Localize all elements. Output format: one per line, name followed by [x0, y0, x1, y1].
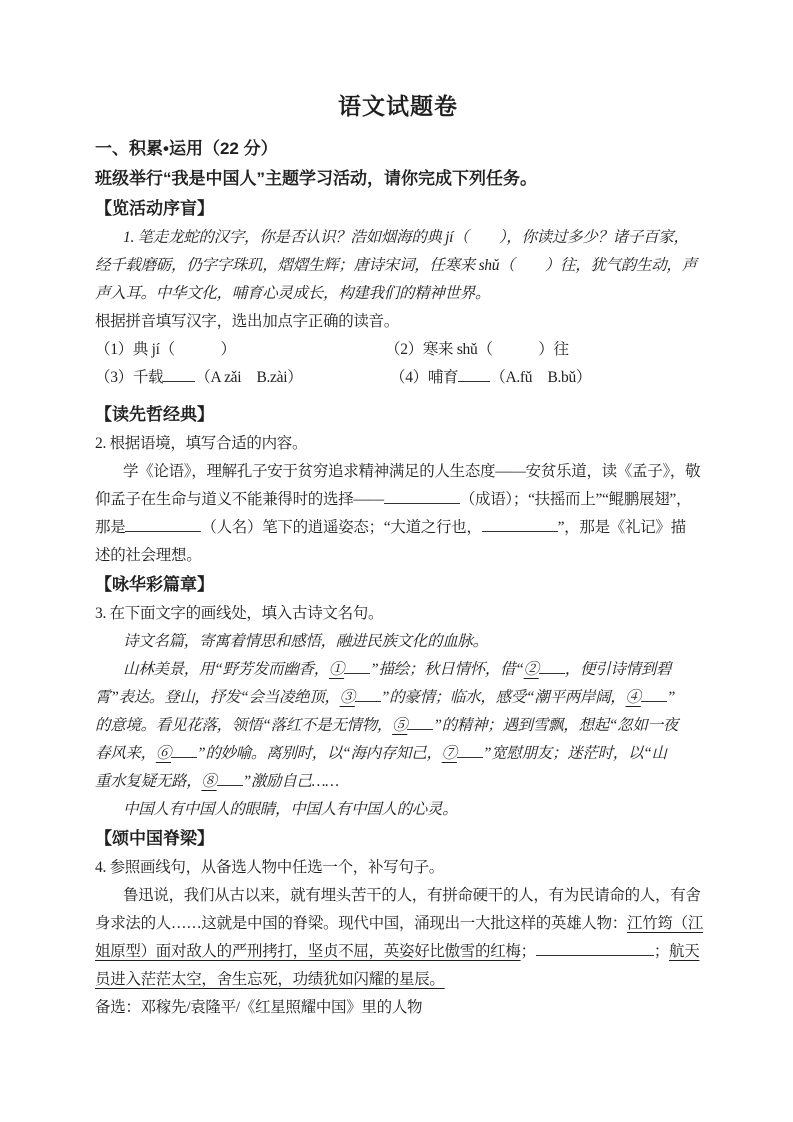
text-run: ”描绘；秋日情怀，借“: [370, 661, 523, 678]
text-run: 山林美景，用“野芳发而幽香，: [123, 661, 329, 678]
text-run: 备选：邓稼先/袁隆平/《红星照耀中国》里的人物: [95, 999, 422, 1016]
text-run: （3）千载: [95, 369, 163, 386]
text-run: 诗文名篇，寄寓着情思和感悟，融进民族文化的血脉。: [123, 633, 488, 650]
underlined-text: ⑦: [442, 745, 457, 762]
text-run: （4）哺育: [390, 369, 458, 386]
text-run: 【读先哲经典】: [95, 405, 214, 424]
bracket-header-classics: 【读先哲经典】: [95, 400, 701, 430]
underlined-text: ⑤: [392, 717, 407, 734]
text-run: ”，那是《礼记》描: [558, 519, 686, 536]
text-run: 仰孟子在生命与道义不能兼得时的选择——: [95, 491, 384, 508]
document-body: 语文试题卷一、积累•运用（22 分）班级举行“我是中国人”主题学习活动，请你完成…: [95, 88, 701, 1022]
section-1-heading: 一、积累•运用（22 分）: [95, 134, 701, 164]
exam-title: 语文试题卷: [95, 88, 701, 124]
blank-underline: [163, 366, 195, 382]
q2-prompt: 2. 根据语境，填写合适的内容。: [95, 430, 701, 458]
underlined-text: 姐原型）面对敌人的严刑拷打，坚贞不屈，英姿好比傲雪的红梅: [95, 943, 521, 960]
q3-body-line-6: 重水复疑无路，⑧”激励自己……: [95, 768, 701, 796]
q4-body-line-2: 身求法的人……这就是中国的脊梁。现代中国，涌现出一大批这样的英雄人物：江竹筠（江: [95, 910, 701, 938]
underlined-text: ④: [626, 689, 641, 706]
underlined-text: 江竹筠（江: [627, 915, 703, 932]
text-run: ”宽慰朋友；迷茫时，以“山: [483, 745, 667, 762]
text-run: 经千载磨砺，仍字字珠玑，熠熠生辉；唐诗宋词，任寒来 shǔ（ ）往，犹气韵生动，…: [95, 257, 697, 274]
blank-underline: [355, 686, 381, 702]
underlined-text: 员进入茫茫太空，舍生忘死，功绩犹如闪耀的星辰。: [95, 971, 445, 988]
underlined-text: ②: [524, 661, 539, 678]
text-run: 学《论语》，理解孔子安于贫穷追求精神满足的人生态度——安贫乐道，读《孟子》，敬: [123, 463, 700, 480]
text-run: 【咏华彩篇章】: [95, 575, 214, 594]
blank-underline: [458, 366, 490, 382]
q2-body-line-1: 学《论语》，理解孔子安于贫穷追求精神满足的人生态度——安贫乐道，读《孟子》，敬: [95, 458, 701, 486]
q3-body-line-7: 中国人有中国人的眼睛，中国人有中国人的心灵。: [95, 796, 701, 824]
text-run: 根据拼音填写汉字，选出加点字正确的读音。: [95, 313, 399, 330]
text-run: 班级举行“我是中国人”主题学习活动，请你完成下列任务。: [95, 169, 537, 188]
text-run: （A.fǔ B.bǔ）: [490, 369, 591, 386]
underlined-text: 航天: [669, 943, 699, 960]
text-run: 中国人有中国人的眼睛，中国人有中国人的心灵。: [123, 801, 457, 818]
text-run: ，便引诗情到碧: [565, 661, 671, 678]
blank-underline: [171, 742, 197, 758]
q1-stem-line-1: 1. 笔走龙蛇的汉字，你是否认识？浩如烟海的典 jí（ ），你读过多少？诸子百家…: [95, 224, 701, 252]
text-run: 语文试题卷: [338, 93, 458, 119]
text-run: 春风来，: [95, 745, 156, 762]
text-run: 那是: [95, 519, 125, 536]
q1-items-row-1: （1）典 jí（ ）（2）寒来 shǔ（ ）往: [95, 336, 701, 364]
bracket-header-preface: 【览活动序盲】: [95, 194, 701, 224]
q2-body-line-4: 述的社会理想。: [95, 542, 701, 570]
q1-stem-line-3: 声入耳。中华文化，哺育心灵成长，构建我们的精神世界。: [95, 280, 701, 308]
text-run: （成语）；“扶摇而上”“鲲鹏展翅”，: [460, 491, 691, 508]
q4-body-line-3: 姐原型）面对敌人的严刑拷打，坚贞不屈，英姿好比傲雪的红梅；；航天: [95, 938, 701, 966]
text-run: ；: [521, 943, 536, 960]
q1-instruction: 根据拼音填写汉字，选出加点字正确的读音。: [95, 308, 701, 336]
text-run: 3. 在下面文字的画线处，填入古诗文名句。: [95, 605, 383, 622]
text-run: 4. 参照画线句，从备选人物中任选一个，补写句子。: [95, 859, 444, 876]
bracket-header-verses: 【咏华彩篇章】: [95, 570, 701, 600]
text-run: ”: [667, 689, 675, 706]
text-run: 霄”表达。登山，抒发“会当凌绝顶，: [95, 689, 340, 706]
q3-body-line-1: 诗文名篇，寄寓着情思和感悟，融进民族文化的血脉。: [95, 628, 701, 656]
exam-page: 语文试题卷一、积累•运用（22 分）班级举行“我是中国人”主题学习活动，请你完成…: [0, 0, 793, 1122]
underlined-text: ①: [329, 661, 344, 678]
text-run: 重水复疑无路，: [95, 773, 201, 790]
q2-body-line-3: 那是（人名）笔下的逍遥姿态；“大道之行也，”，那是《礼记》描: [95, 514, 701, 542]
text-run: 【颂中国脊梁】: [95, 829, 214, 848]
blank-underline: [536, 940, 654, 956]
text-run: 声入耳。中华文化，哺育心灵成长，构建我们的精神世界。: [95, 285, 490, 302]
q3-body-line-5: 春风来，⑥”的妙喻。离别时，以“海内存知己，⑦”宽慰朋友；迷茫时，以“山: [95, 740, 701, 768]
text-run: 【览活动序盲】: [95, 199, 214, 218]
text-run: 身求法的人……这就是中国的脊梁。现代中国，涌现出一大批这样的英雄人物：: [95, 915, 627, 932]
q3-body-line-2: 山林美景，用“野芳发而幽香，①”描绘；秋日情怀，借“②，便引诗情到碧: [95, 656, 701, 684]
underlined-text: ⑧: [201, 773, 216, 790]
text-run: 2. 根据语境，填写合适的内容。: [95, 435, 307, 452]
q1-items-row-1-col-1: （1）典 jí（ ）: [95, 336, 385, 364]
q1-items-row-1-col-2: （2）寒来 shǔ（ ）往: [385, 336, 569, 364]
q1-items-row-2-col-1: （3）千载（A zǎi B.zài）: [95, 364, 390, 392]
text-run: （人名）笔下的逍遥姿态；“大道之行也，: [201, 519, 481, 536]
blank-underline: [384, 488, 460, 504]
q4-prompt: 4. 参照画线句，从备选人物中任选一个，补写句子。: [95, 854, 701, 882]
text-run: ”的豪情；临水，感受“潮平两岸阔，: [381, 689, 626, 706]
q3-prompt: 3. 在下面文字的画线处，填入古诗文名句。: [95, 600, 701, 628]
bracket-header-backbone: 【颂中国脊梁】: [95, 824, 701, 854]
q4-body-line-1: 鲁迅说，我们从古以来，就有埋头苦干的人，有拼命硬干的人，有为民请命的人，有舍: [95, 882, 701, 910]
q4-body-line-4: 员进入茫茫太空，舍生忘死，功绩犹如闪耀的星辰。: [95, 966, 701, 994]
text-run: （2）寒来 shǔ（ ）往: [385, 341, 569, 358]
text-run: 1. 笔走龙蛇的汉字，你是否认识？浩如烟海的典 jí（ ），你读过多少？诸子百家…: [123, 229, 689, 246]
text-run: 述的社会理想。: [95, 547, 201, 564]
q3-body-line-4: 的意境。看见花落，领悟“落红不是无情物，⑤”的精神；遇到雪飘，想起“忽如一夜: [95, 712, 701, 740]
text-run: （A zǎi B.zài）: [195, 369, 302, 386]
text-run: 一、积累•运用（22 分）: [95, 139, 278, 158]
text-run: ”的精神；遇到雪飘，想起“忽如一夜: [433, 717, 678, 734]
blank-underline: [641, 686, 667, 702]
blank-underline: [482, 516, 558, 532]
q3-body-line-3: 霄”表达。登山，抒发“会当凌绝顶，③”的豪情；临水，感受“潮平两岸阔，④”: [95, 684, 701, 712]
text-run: （1）典 jí（ ）: [95, 341, 236, 358]
q2-body-line-2: 仰孟子在生命与道义不能兼得时的选择——（成语）；“扶摇而上”“鲲鹏展翅”，: [95, 486, 701, 514]
underlined-text: ⑥: [156, 745, 171, 762]
q1-stem-line-2: 经千载磨砺，仍字字珠玑，熠熠生辉；唐诗宋词，任寒来 shǔ（ ）往，犹气韵生动，…: [95, 252, 701, 280]
text-run: 鲁迅说，我们从古以来，就有埋头苦干的人，有拼命硬干的人，有为民请命的人，有舍: [123, 887, 701, 904]
activity-intro: 班级举行“我是中国人”主题学习活动，请你完成下列任务。: [95, 164, 701, 194]
q4-options: 备选：邓稼先/袁隆平/《红星照耀中国》里的人物: [95, 994, 701, 1022]
q1-items-row-2-col-2: （4）哺育（A.fǔ B.bǔ）: [390, 364, 591, 392]
blank-underline: [457, 742, 483, 758]
blank-underline: [344, 658, 370, 674]
blank-underline: [407, 714, 433, 730]
blank-underline: [217, 770, 243, 786]
blank-underline: [125, 516, 201, 532]
text-run: 的意境。看见花落，领悟“落红不是无情物，: [95, 717, 392, 734]
q1-items-row-2: （3）千载（A zǎi B.zài）（4）哺育（A.fǔ B.bǔ）: [95, 364, 701, 392]
underlined-text: ③: [340, 689, 355, 706]
text-run: ”的妙喻。离别时，以“海内存知己，: [197, 745, 442, 762]
text-run: ；: [654, 943, 669, 960]
blank-underline: [539, 658, 565, 674]
text-run: ”激励自己……: [243, 773, 339, 790]
